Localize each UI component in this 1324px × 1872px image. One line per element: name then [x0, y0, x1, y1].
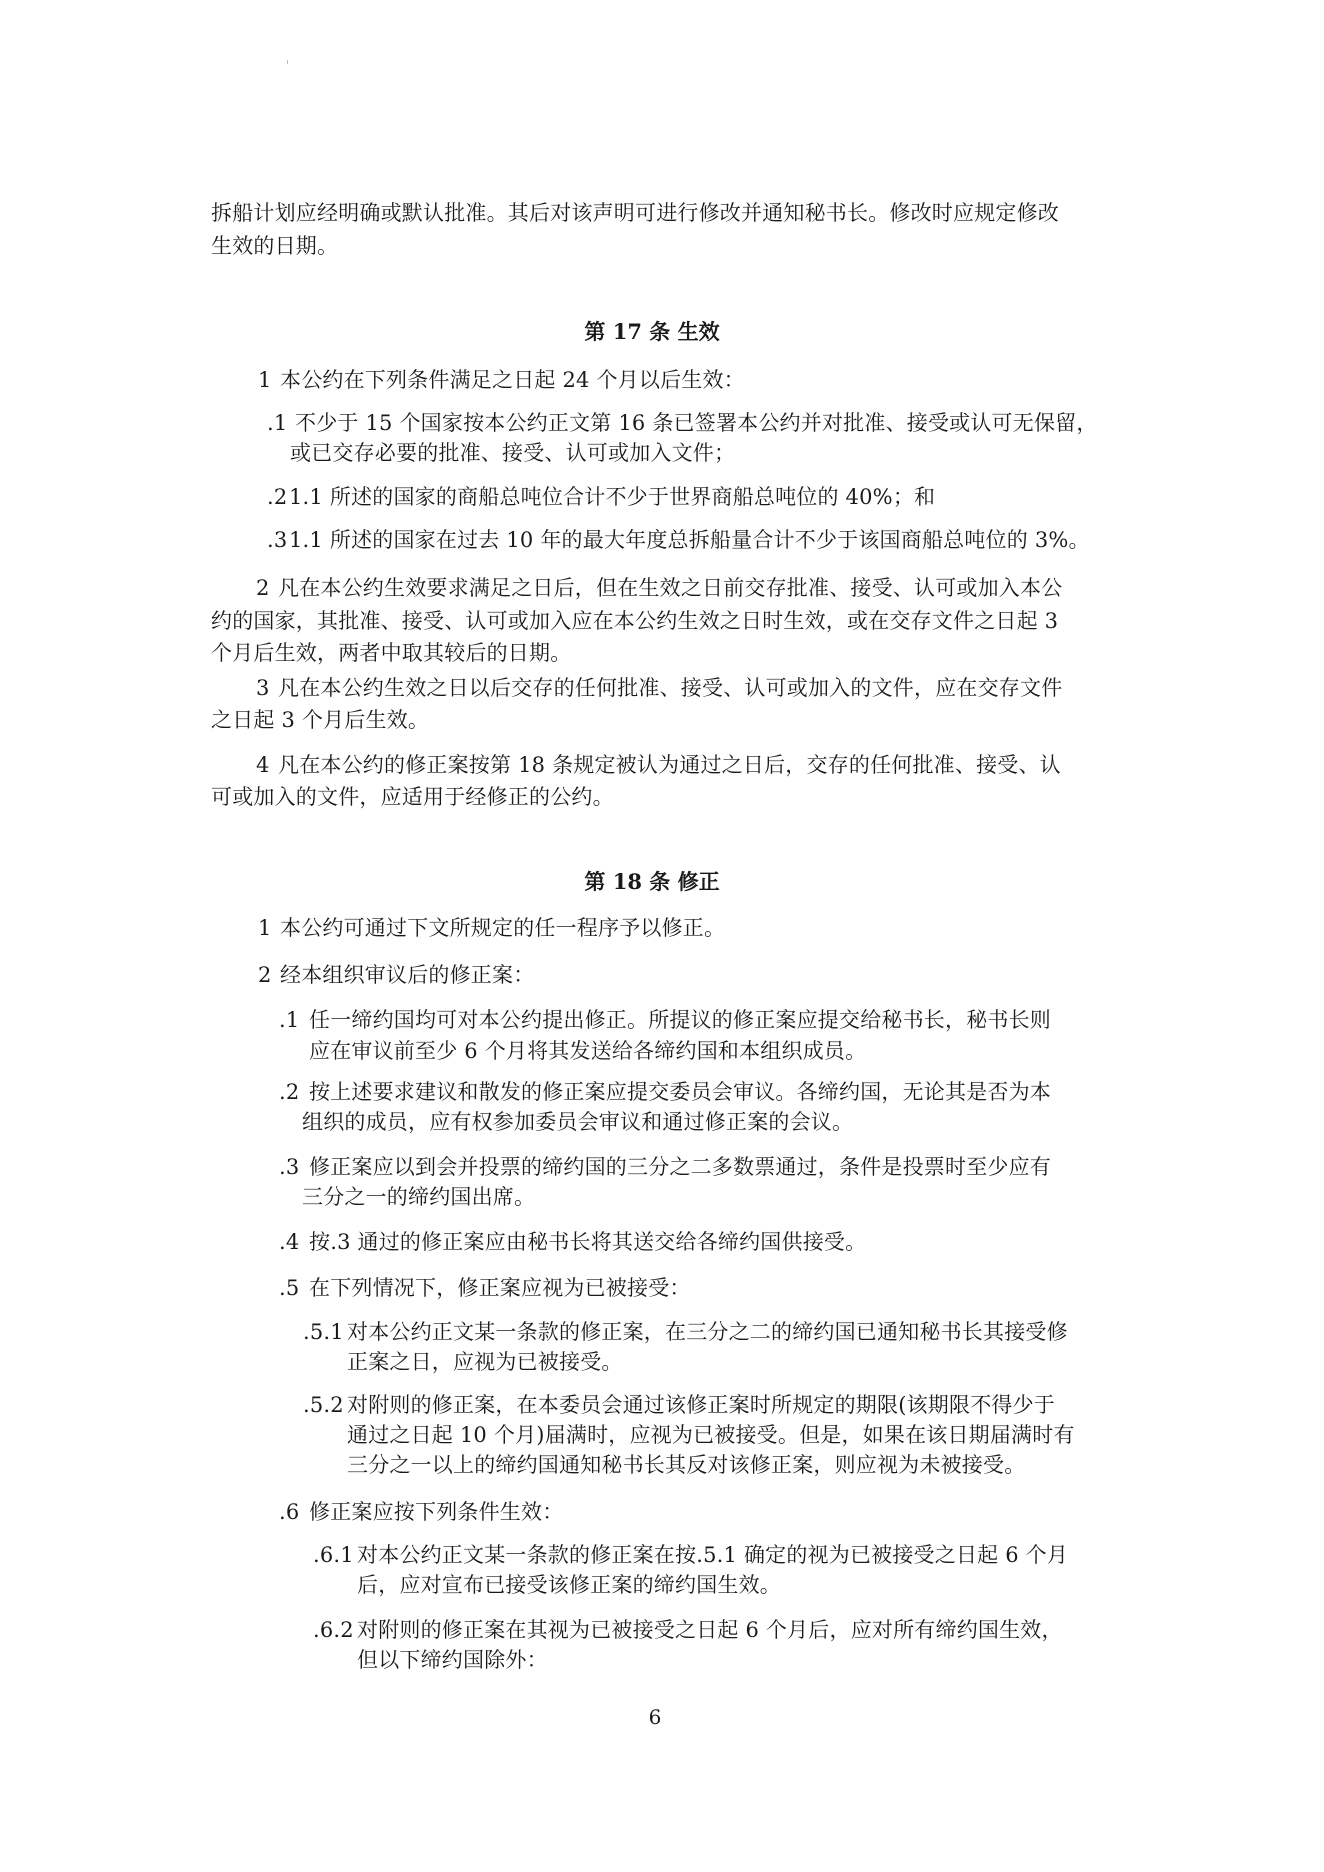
clause-number: .5	[279, 1275, 309, 1301]
clause-text: 对本公约正文某一条款的修正案在按.5.1 确定的视为已被接受之日起 6 个月	[357, 1543, 1068, 1567]
clause-number: .5.1	[303, 1319, 347, 1345]
clause-number: .6.2	[313, 1617, 357, 1643]
clause-text: 在下列情况下，修正案应视为已被接受：	[309, 1276, 691, 1300]
clause-18-2-5: .5在下列情况下，修正案应视为已被接受：	[279, 1275, 691, 1301]
clause-17-1-2: .21.1 所述的国家的商船总吨位合计不少于世界商船总吨位的 40%；和	[267, 484, 935, 510]
clause-text-continued: 三分之一以上的缔约国通知秘书长其反对该修正案，则应视为未被接受。	[347, 1452, 1025, 1478]
clause-number: 4	[256, 752, 278, 778]
clause-text: 凡在本公约的修正案按第 18 条规定被认为通过之日后，交存的任何批准、接受、认	[278, 753, 1061, 777]
clause-text: 任一缔约国均可对本公约提出修正。所提议的修正案应提交给秘书长，秘书长则	[309, 1008, 1051, 1032]
clause-text: 按.3 通过的修正案应由秘书长将其送交给各缔约国供接受。	[309, 1230, 866, 1254]
document-page: 拆船计划应经明确或默认批准。其后对该声明可进行修改并通知秘书长。修改时应规定修改…	[0, 0, 1324, 1872]
clause-number: .1	[267, 410, 295, 436]
clause-number: .5.2	[303, 1392, 347, 1418]
clause-18-2-3: .3修正案应以到会并投票的缔约国的三分之二多数票通过，条件是投票时至少应有	[279, 1154, 1051, 1180]
clause-number: .3	[267, 527, 289, 553]
clause-17-3: 3凡在本公约生效之日以后交存的任何批准、接受、认可或加入的文件，应在交存文件	[256, 675, 1062, 701]
clause-number: 2	[256, 575, 278, 601]
clause-18-2-5-2: .5.2对附则的修正案，在本委员会通过该修正案时所规定的期限(该期限不得少于	[303, 1392, 1055, 1418]
clause-number: .6	[279, 1499, 309, 1525]
clause-text: 经本组织审议后的修正案：	[280, 963, 534, 987]
clause-number: .2	[267, 484, 289, 510]
clause-number: .6.1	[313, 1542, 357, 1568]
clause-text-continued: 或已交存必要的批准、接受、认可或加入文件；	[290, 440, 735, 466]
clause-17-1: 1本公约在下列条件满足之日起 24 个月以后生效：	[258, 367, 745, 393]
clause-text: 不少于 15 个国家按本公约正文第 16 条已签署本公约并对批准、接受或认可无保…	[295, 411, 1098, 435]
intro-line: 生效的日期。	[211, 233, 338, 259]
clause-text: 本公约可通过下文所规定的任一程序予以修正。	[280, 916, 725, 940]
clause-number: 1	[258, 367, 280, 393]
clause-18-2-2: .2按上述要求建议和散发的修正案应提交委员会审议。各缔约国，无论其是否为本	[279, 1079, 1051, 1105]
clause-18-2-4: .4按.3 通过的修正案应由秘书长将其送交给各缔约国供接受。	[279, 1229, 866, 1255]
clause-text-continued: 后，应对宣布已接受该修正案的缔约国生效。	[357, 1572, 781, 1598]
clause-text: 1.1 所述的国家在过去 10 年的最大年度总拆船量合计不少于该国商船总吨位的 …	[289, 528, 1090, 552]
page-number: 6	[0, 1705, 1310, 1729]
clause-number: .2	[279, 1079, 309, 1105]
clause-number: .4	[279, 1229, 309, 1255]
clause-text: 凡在本公约生效之日以后交存的任何批准、接受、认可或加入的文件，应在交存文件	[278, 676, 1062, 700]
clause-number: 1	[258, 915, 280, 941]
clause-text-continued: 正案之日，应视为已被接受。	[347, 1349, 623, 1375]
clause-text-continued: 通过之日起 10 个月)届满时，应视为已被接受。但是，如果在该日期届满时有	[347, 1422, 1075, 1448]
clause-text: 凡在本公约生效要求满足之日后，但在生效之日前交存批准、接受、认可或加入本公	[278, 576, 1062, 600]
clause-text: 修正案应以到会并投票的缔约国的三分之二多数票通过，条件是投票时至少应有	[309, 1155, 1051, 1179]
clause-number: 3	[256, 675, 278, 701]
clause-number: .1	[279, 1007, 309, 1033]
clause-text: 对附则的修正案，在本委员会通过该修正案时所规定的期限(该期限不得少于	[347, 1393, 1055, 1417]
clause-text: 对本公约正文某一条款的修正案，在三分之二的缔约国已通知秘书长其接受修	[347, 1320, 1068, 1344]
clause-number: .3	[279, 1154, 309, 1180]
clause-17-1-1: .1不少于 15 个国家按本公约正文第 16 条已签署本公约并对批准、接受或认可…	[267, 410, 1098, 436]
scan-speck	[287, 60, 288, 64]
clause-text-continued: 可或加入的文件，应适用于经修正的公约。	[211, 784, 614, 810]
clause-17-4: 4凡在本公约的修正案按第 18 条规定被认为通过之日后，交存的任何批准、接受、认	[256, 752, 1061, 778]
clause-text: 本公约在下列条件满足之日起 24 个月以后生效：	[280, 368, 745, 392]
clause-text: 修正案应按下列条件生效：	[309, 1500, 563, 1524]
clause-18-2-6-1: .6.1对本公约正文某一条款的修正案在按.5.1 确定的视为已被接受之日起 6 …	[313, 1542, 1068, 1568]
clause-text-continued: 个月后生效，两者中取其较后的日期。	[211, 640, 571, 666]
clause-text-continued: 应在审议前至少 6 个月将其发送给各缔约国和本组织成员。	[309, 1038, 866, 1064]
clause-17-1-3: .31.1 所述的国家在过去 10 年的最大年度总拆船量合计不少于该国商船总吨位…	[267, 527, 1090, 553]
clause-18-1: 1本公约可通过下文所规定的任一程序予以修正。	[258, 915, 725, 941]
clause-text: 对附则的修正案在其视为已被接受之日起 6 个月后，应对所有缔约国生效，	[357, 1618, 1063, 1642]
clause-text-continued: 约的国家，其批准、接受、认可或加入应在本公约生效之日时生效，或在交存文件之日起 …	[211, 608, 1058, 634]
clause-18-2-5-1: .5.1对本公约正文某一条款的修正案，在三分之二的缔约国已通知秘书长其接受修	[303, 1319, 1068, 1345]
clause-text-continued: 组织的成员，应有权参加委员会审议和通过修正案的会议。	[302, 1109, 853, 1135]
clause-18-2: 2经本组织审议后的修正案：	[258, 962, 534, 988]
clause-text-continued: 之日起 3 个月后生效。	[211, 707, 429, 733]
clause-number: 2	[258, 962, 280, 988]
clause-text: 1.1 所述的国家的商船总吨位合计不少于世界商船总吨位的 40%；和	[289, 485, 935, 509]
clause-18-2-6: .6修正案应按下列条件生效：	[279, 1499, 563, 1525]
clause-text-continued: 但以下缔约国除外：	[357, 1647, 548, 1673]
clause-text-continued: 三分之一的缔约国出席。	[302, 1184, 535, 1210]
intro-line: 拆船计划应经明确或默认批准。其后对该声明可进行修改并通知秘书长。修改时应规定修改	[211, 200, 1059, 226]
article-17-heading: 第 17 条 生效	[0, 319, 1304, 345]
clause-17-2: 2凡在本公约生效要求满足之日后，但在生效之日前交存批准、接受、认可或加入本公	[256, 575, 1062, 601]
clause-text: 按上述要求建议和散发的修正案应提交委员会审议。各缔约国，无论其是否为本	[309, 1080, 1051, 1104]
clause-18-2-1: .1任一缔约国均可对本公约提出修正。所提议的修正案应提交给秘书长，秘书长则	[279, 1007, 1051, 1033]
article-18-heading: 第 18 条 修正	[0, 869, 1304, 895]
clause-18-2-6-2: .6.2对附则的修正案在其视为已被接受之日起 6 个月后，应对所有缔约国生效，	[313, 1617, 1063, 1643]
